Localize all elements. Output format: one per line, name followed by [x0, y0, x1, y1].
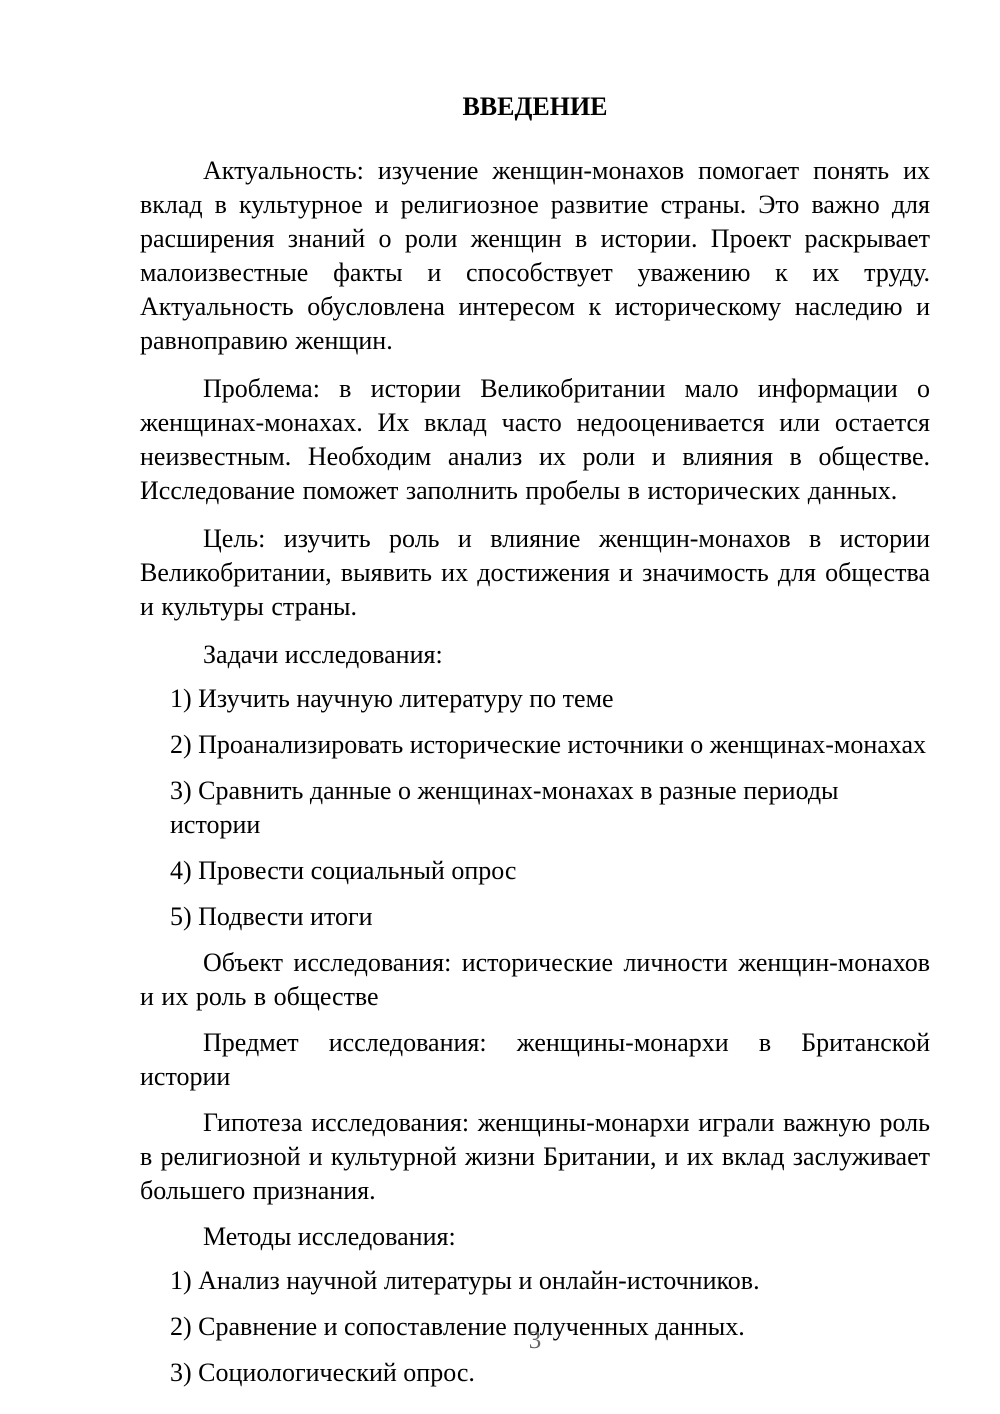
- method-item-3: 3) Социологический опрос.: [170, 1356, 930, 1390]
- paragraph-object: Объект исследования: исторические личнос…: [140, 946, 930, 1014]
- paragraph-problem: Проблема: в истории Великобритании мало …: [140, 372, 930, 508]
- tasks-heading: Задачи исследования:: [140, 638, 930, 672]
- task-item-4: 4) Провести социальный опрос: [170, 854, 930, 888]
- task-item-5: 5) Подвести итоги: [170, 900, 930, 934]
- paragraph-hypothesis: Гипотеза исследования: женщины-монархи и…: [140, 1106, 930, 1208]
- section-title: ВВЕДЕНИЕ: [140, 90, 930, 124]
- methods-heading: Методы исследования:: [140, 1220, 930, 1254]
- page-number: 3: [140, 1324, 930, 1358]
- method-item-1: 1) Анализ научной литературы и онлайн-ис…: [170, 1264, 930, 1298]
- document-page: ВВЕДЕНИЕ Актуальность: изучение женщин-м…: [0, 0, 1000, 1414]
- paragraph-goal: Цель: изучить роль и влияние женщин-мона…: [140, 522, 930, 624]
- task-item-1: 1) Изучить научную литературу по теме: [170, 682, 930, 716]
- paragraph-actuality: Актуальность: изучение женщин-монахов по…: [140, 154, 930, 358]
- task-item-2: 2) Проанализировать исторические источни…: [170, 728, 930, 762]
- paragraph-subject: Предмет исследования: женщины-монархи в …: [140, 1026, 930, 1094]
- document-content: ВВЕДЕНИЕ Актуальность: изучение женщин-м…: [140, 90, 930, 1402]
- task-item-3: 3) Сравнить данные о женщинах-монахах в …: [170, 774, 930, 842]
